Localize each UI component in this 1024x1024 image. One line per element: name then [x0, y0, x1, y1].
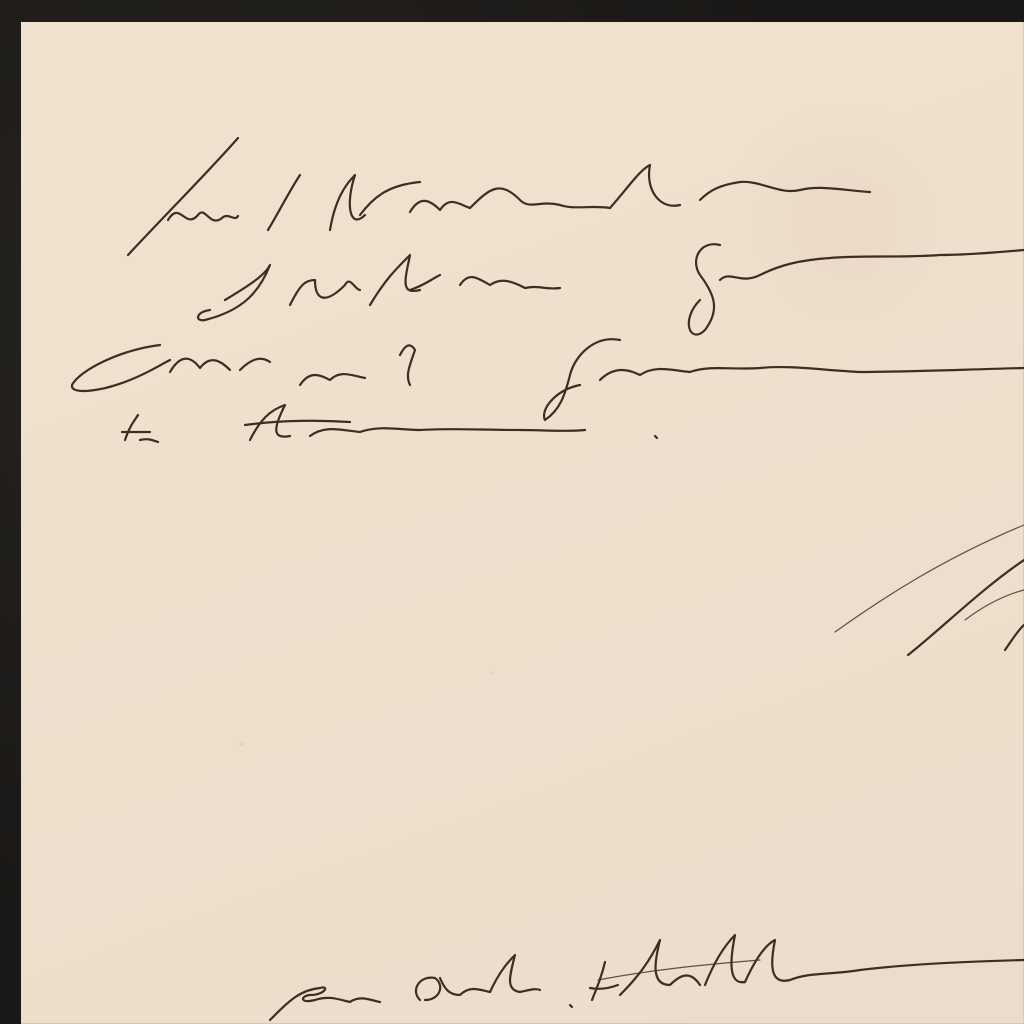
salutation-fragment-ink: [835, 525, 1024, 655]
address-line-2-ink: [198, 244, 1024, 334]
address-line-1-ink: [128, 138, 870, 255]
body-fragment-ink: [270, 935, 1024, 1020]
address-line-4-ink: [122, 405, 657, 442]
handwriting-strokes: [0, 0, 1024, 1024]
address-line-3-ink: [72, 339, 1024, 420]
